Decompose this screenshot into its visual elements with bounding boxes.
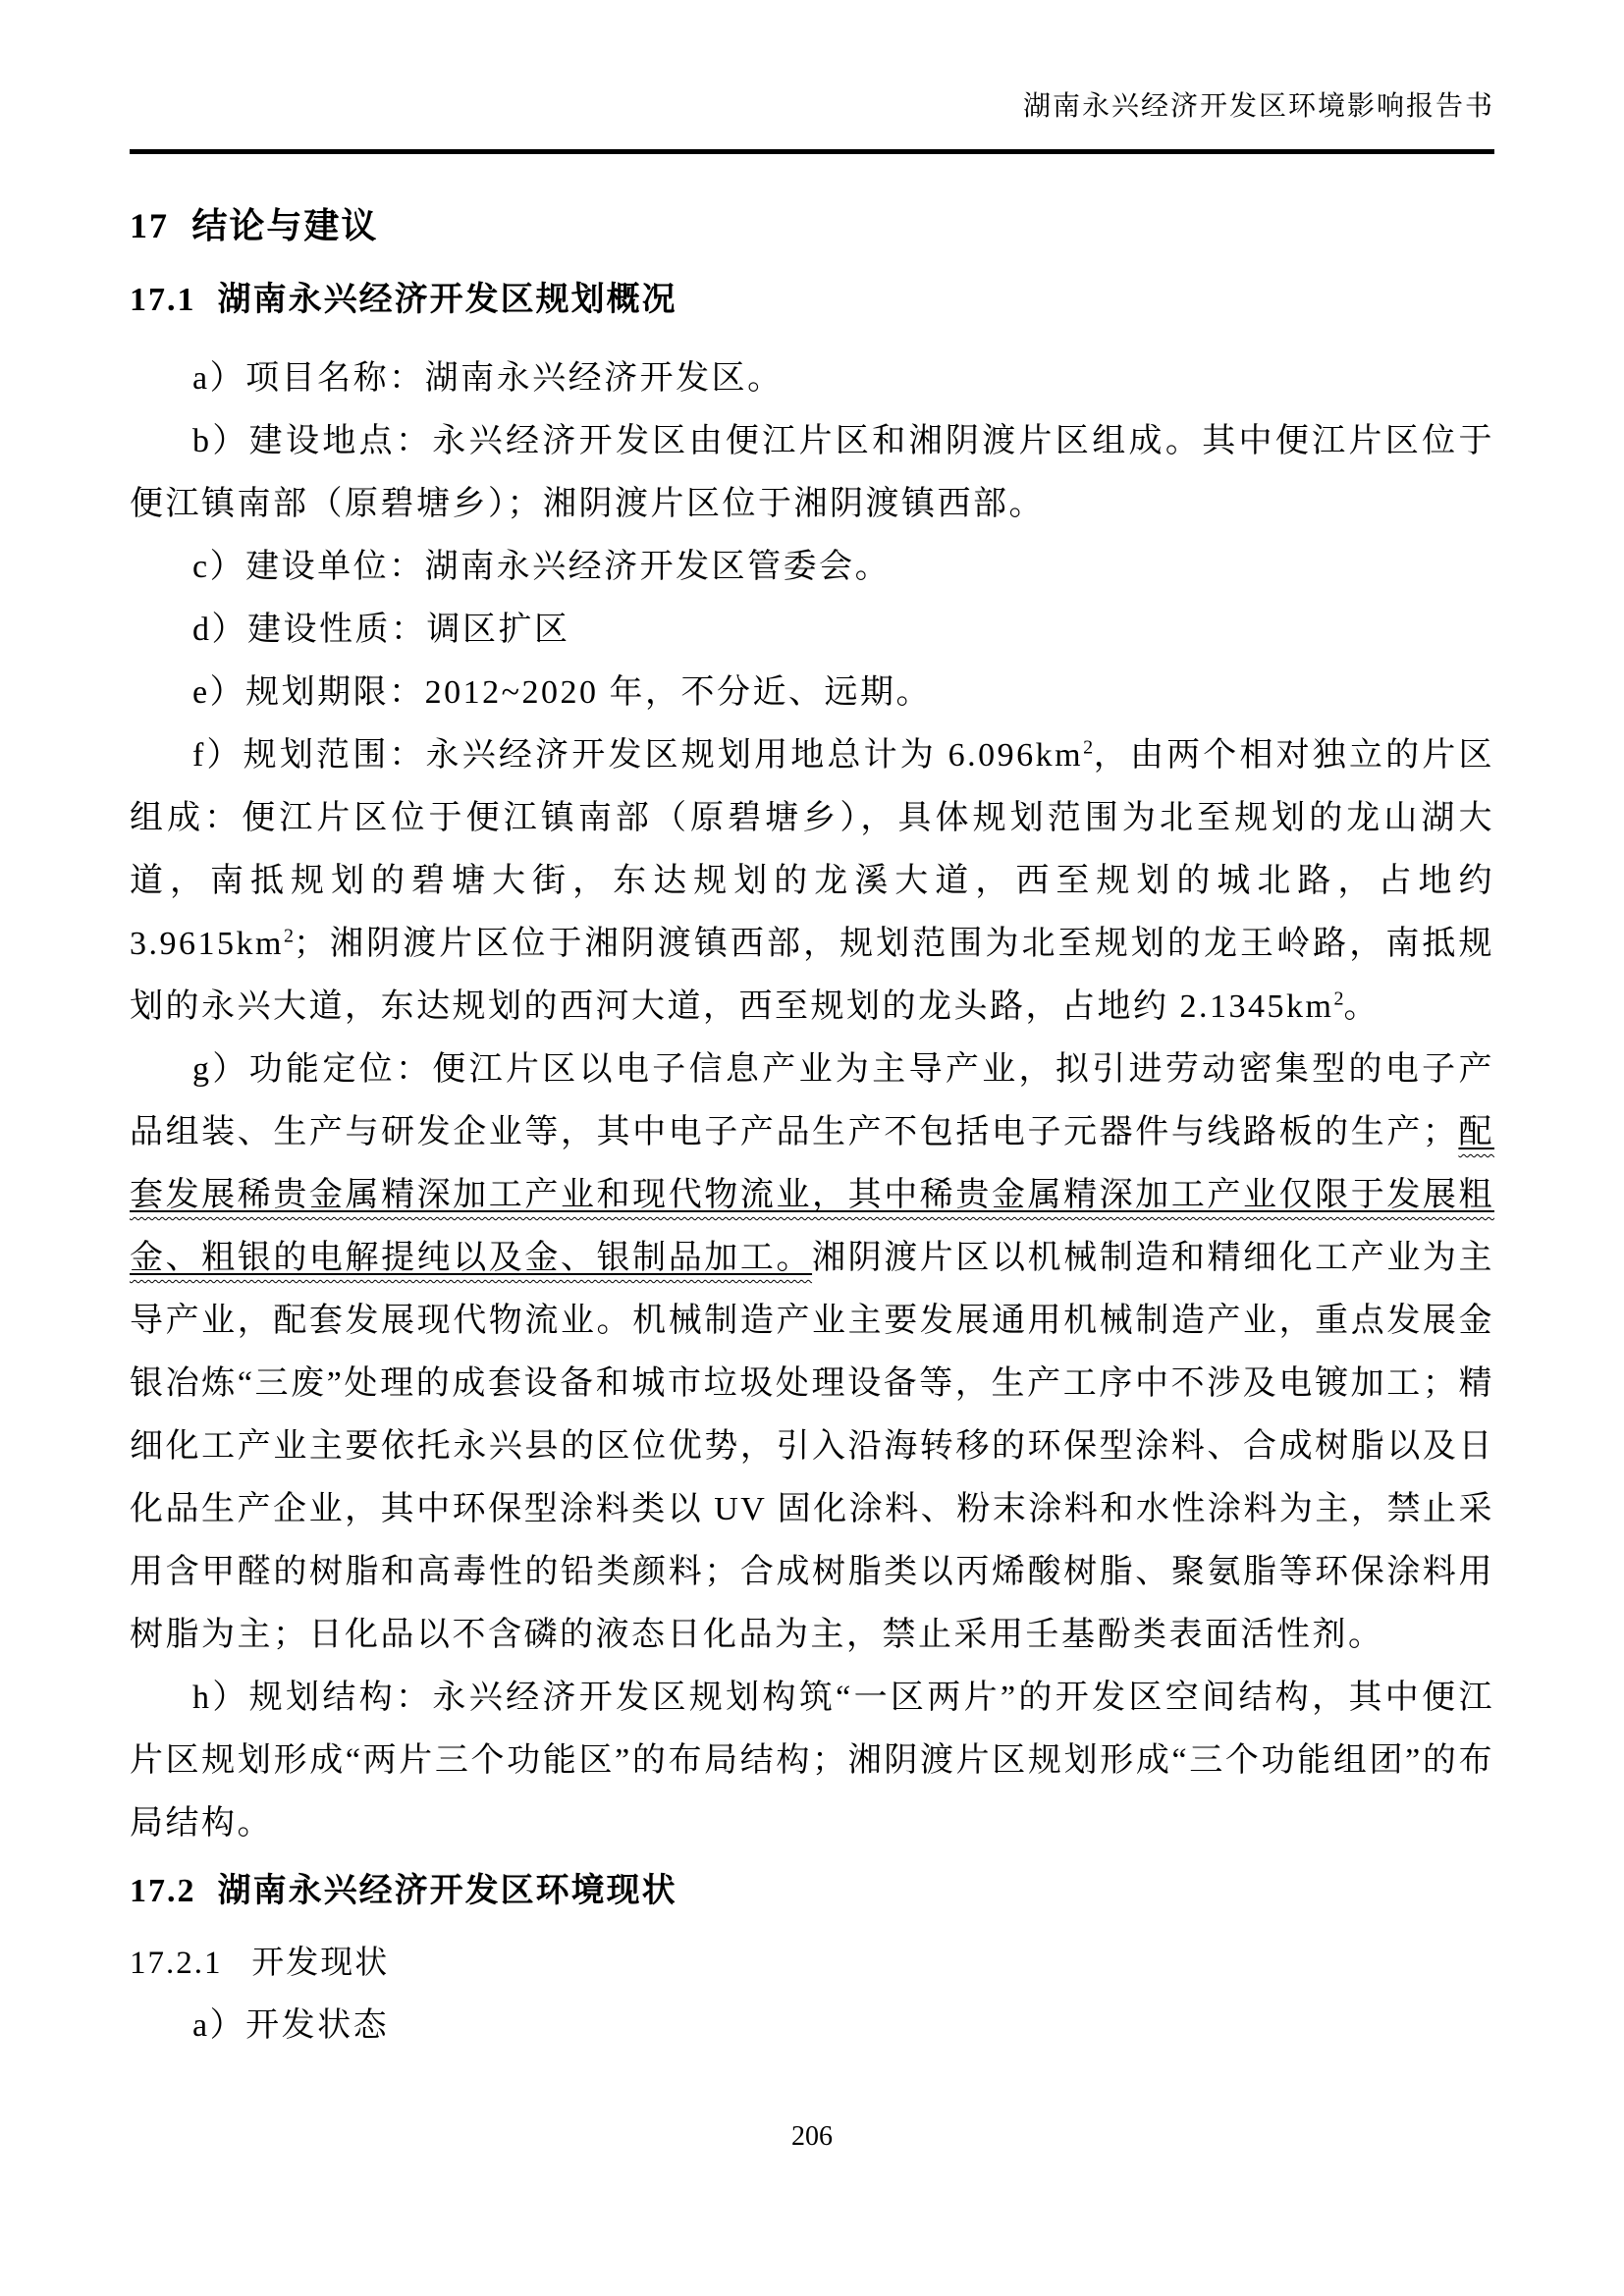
- section-17-title: 结论与建议: [191, 205, 378, 245]
- km2-superscript: 2: [284, 926, 294, 947]
- paragraph-functional-positioning: g）功能定位：便江片区以电子信息产业为主导产业，拟引进劳动密集型的电子产品组装、…: [130, 1039, 1494, 1667]
- page-content: 湖南永兴经济开发区环境影响报告书 17结论与建议 17.1湖南永兴经济开发区规划…: [0, 0, 1624, 2057]
- page-number: 206: [791, 2121, 833, 2152]
- section-17-2-1-title: 开发现状: [251, 1946, 389, 1981]
- planning-scope-text-3: ；湘阴渡片区位于湘阴渡镇西部，规划范围为北至规划的龙王岭路，南抵规划的永兴大道，…: [130, 926, 1494, 1025]
- section-17-1-heading: 17.1湖南永兴经济开发区规划概况: [130, 278, 1494, 322]
- paragraph-planning-scope: f）规划范围：永兴经济开发区规划用地总计为 6.096km2，由两个相对独立的片…: [130, 724, 1494, 1039]
- page-header-title: 湖南永兴经济开发区环境影响报告书: [130, 90, 1494, 124]
- paragraph-construction-unit: c）建设单位：湖南永兴经济开发区管委会。: [130, 536, 1494, 599]
- km2-superscript: 2: [1083, 737, 1093, 759]
- functional-positioning-text-1: g）功能定位：便江片区以电子信息产业为主导产业，拟引进劳动密集型的电子产品组装、…: [130, 1051, 1494, 1150]
- section-17-2-1-heading: 17.2.1开发现状: [130, 1942, 1494, 1985]
- section-17-2-heading: 17.2湖南永兴经济开发区环境现状: [130, 1869, 1494, 1913]
- header-rule: [130, 149, 1494, 154]
- functional-positioning-text-2: 湘阴渡片区以机械制造和精细化工产业为主导产业，配套发展现代物流业。机械制造产业主…: [130, 1240, 1494, 1653]
- paragraph-project-name: a）项目名称：湖南永兴经济开发区。: [130, 347, 1494, 410]
- planning-scope-text-4: 。: [1343, 988, 1380, 1025]
- paragraph-development-status: a）开发状态: [130, 1995, 1494, 2057]
- paragraph-construction-nature: d）建设性质：调区扩区: [130, 599, 1494, 662]
- section-17-1-title: 湖南永兴经济开发区规划概况: [218, 281, 677, 318]
- paragraph-planning-structure: h）规划结构：永兴经济开发区规划构筑“一区两片”的开发区空间结构，其中便江片区规…: [130, 1667, 1494, 1855]
- km2-superscript: 2: [1333, 988, 1343, 1010]
- section-17-1-number: 17.1: [130, 282, 196, 318]
- paragraph-planning-period: e）规划期限：2012~2020 年，不分近、远期。: [130, 662, 1494, 724]
- paragraph-construction-location: b）建设地点：永兴经济开发区由便江片区和湘阴渡片区组成。其中便江片区位于便江镇南…: [130, 410, 1494, 536]
- section-17-number: 17: [130, 206, 169, 245]
- section-17-2-title: 湖南永兴经济开发区环境现状: [218, 1872, 677, 1909]
- planning-scope-text-1: f）规划范围：永兴经济开发区规划用地总计为 6.096km: [192, 737, 1083, 774]
- section-17-2-1-number: 17.2.1: [130, 1946, 223, 1981]
- section-17-2-number: 17.2: [130, 1873, 196, 1909]
- section-17-heading: 17结论与建议: [130, 204, 1494, 247]
- page-footer: 206: [0, 2120, 1624, 2154]
- document-page: 湖南永兴经济开发区环境影响报告书 17结论与建议 17.1湖南永兴经济开发区规划…: [0, 0, 1624, 2296]
